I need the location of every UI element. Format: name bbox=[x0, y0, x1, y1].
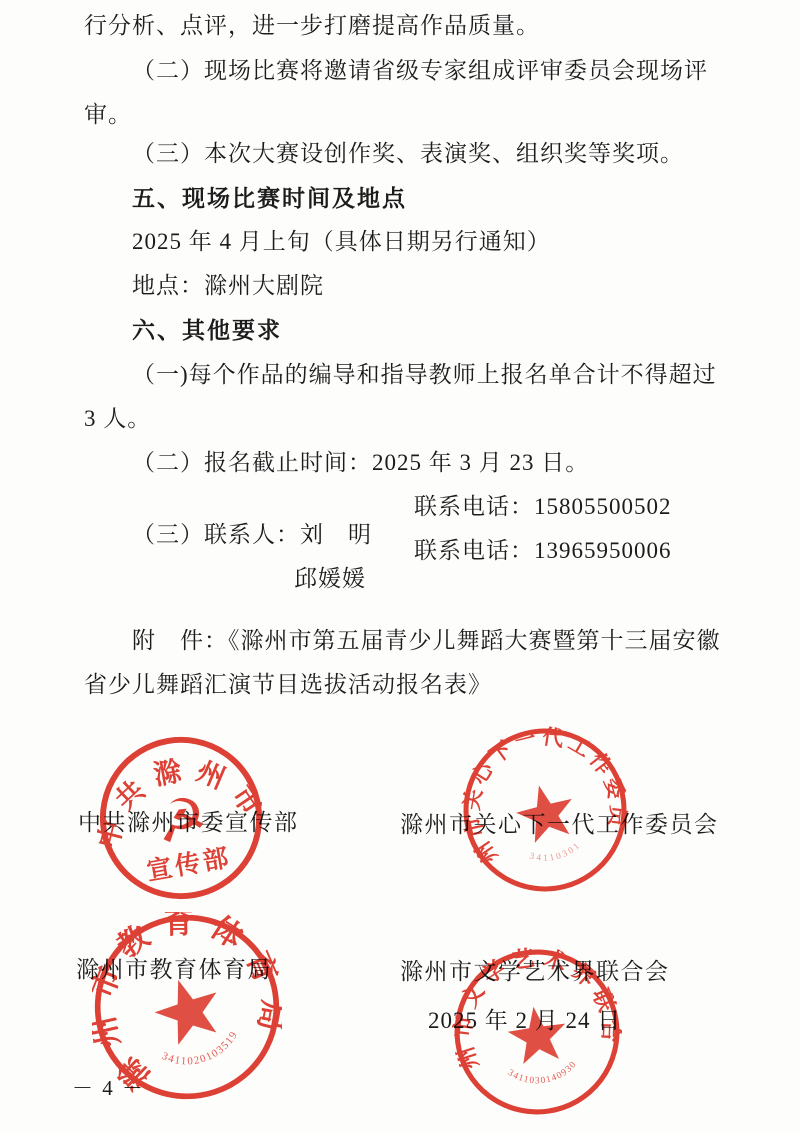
seal-code: 34110301 bbox=[527, 838, 585, 868]
body-line: 行分析、点评，进一步打磨提高作品质量。 bbox=[84, 12, 540, 40]
seal-propaganda-dept: 中共滁州市 ☭ 宣传部 bbox=[97, 734, 265, 902]
seal-arc-text: 滁州市文学艺术界联合会 bbox=[452, 947, 622, 1075]
star-icon bbox=[505, 1003, 570, 1066]
body-line: 地点：滁州大剧院 bbox=[132, 272, 324, 300]
contact-phone: 联系电话：13965950006 bbox=[414, 537, 672, 565]
body-line: 审。 bbox=[84, 101, 132, 129]
seal-care-next-generation: 滁州市关心下一代工作委员会 34110301 bbox=[461, 726, 629, 894]
star-icon bbox=[147, 970, 228, 1049]
seal-code: 3411030140930 bbox=[505, 1059, 582, 1091]
body-line: （二）现场比赛将邀请省级专家组成评审委员会现场评 bbox=[132, 57, 708, 85]
attachment-line: 附 件：《滁州市第五届青少儿舞蹈大赛暨第十三届安徽 bbox=[132, 627, 721, 655]
body-line: 2025 年 4 月上旬（具体日期另行通知） bbox=[132, 228, 551, 256]
hammer-sickle-icon: ☭ bbox=[151, 786, 212, 857]
svg-text:滁州市文学艺术界联合会: 滁州市文学艺术界联合会 bbox=[452, 947, 622, 1075]
contact-name: 邱媛媛 bbox=[294, 565, 366, 593]
svg-text:3411020103519: 3411020103519 bbox=[157, 1026, 246, 1077]
body-line: （三）本次大赛设创作奖、表演奖、组织奖等奖项。 bbox=[132, 140, 684, 168]
seal-education-sports-bureau: 滁州市教育体育局 3411020103519 bbox=[92, 912, 282, 1102]
seal-code: 3411020103519 bbox=[157, 1026, 246, 1077]
seal-literary-federation: 滁州市文学艺术界联合会 3411030140930 bbox=[452, 947, 622, 1117]
document-page: 行分析、点评，进一步打磨提高作品质量。 （二）现场比赛将邀请省级专家组成评审委员… bbox=[0, 0, 800, 1132]
svg-text:34110301: 34110301 bbox=[527, 838, 585, 868]
contact-phone: 联系电话：15805500502 bbox=[414, 493, 672, 521]
body-line: 3 人。 bbox=[84, 405, 151, 433]
section-heading-5: 五、现场比赛时间及地点 bbox=[132, 185, 407, 213]
body-line: （二）报名截止时间：2025 年 3 月 23 日。 bbox=[132, 449, 589, 477]
attachment-line: 省少儿舞蹈汇演节目选拔活动报名表》 bbox=[84, 671, 492, 699]
svg-text:3411030140930: 3411030140930 bbox=[505, 1059, 582, 1091]
star-icon bbox=[511, 779, 580, 846]
body-line: （一)每个作品的编导和指导教师上报名单合计不得超过 bbox=[132, 361, 717, 389]
section-heading-6: 六、其他要求 bbox=[132, 317, 282, 345]
